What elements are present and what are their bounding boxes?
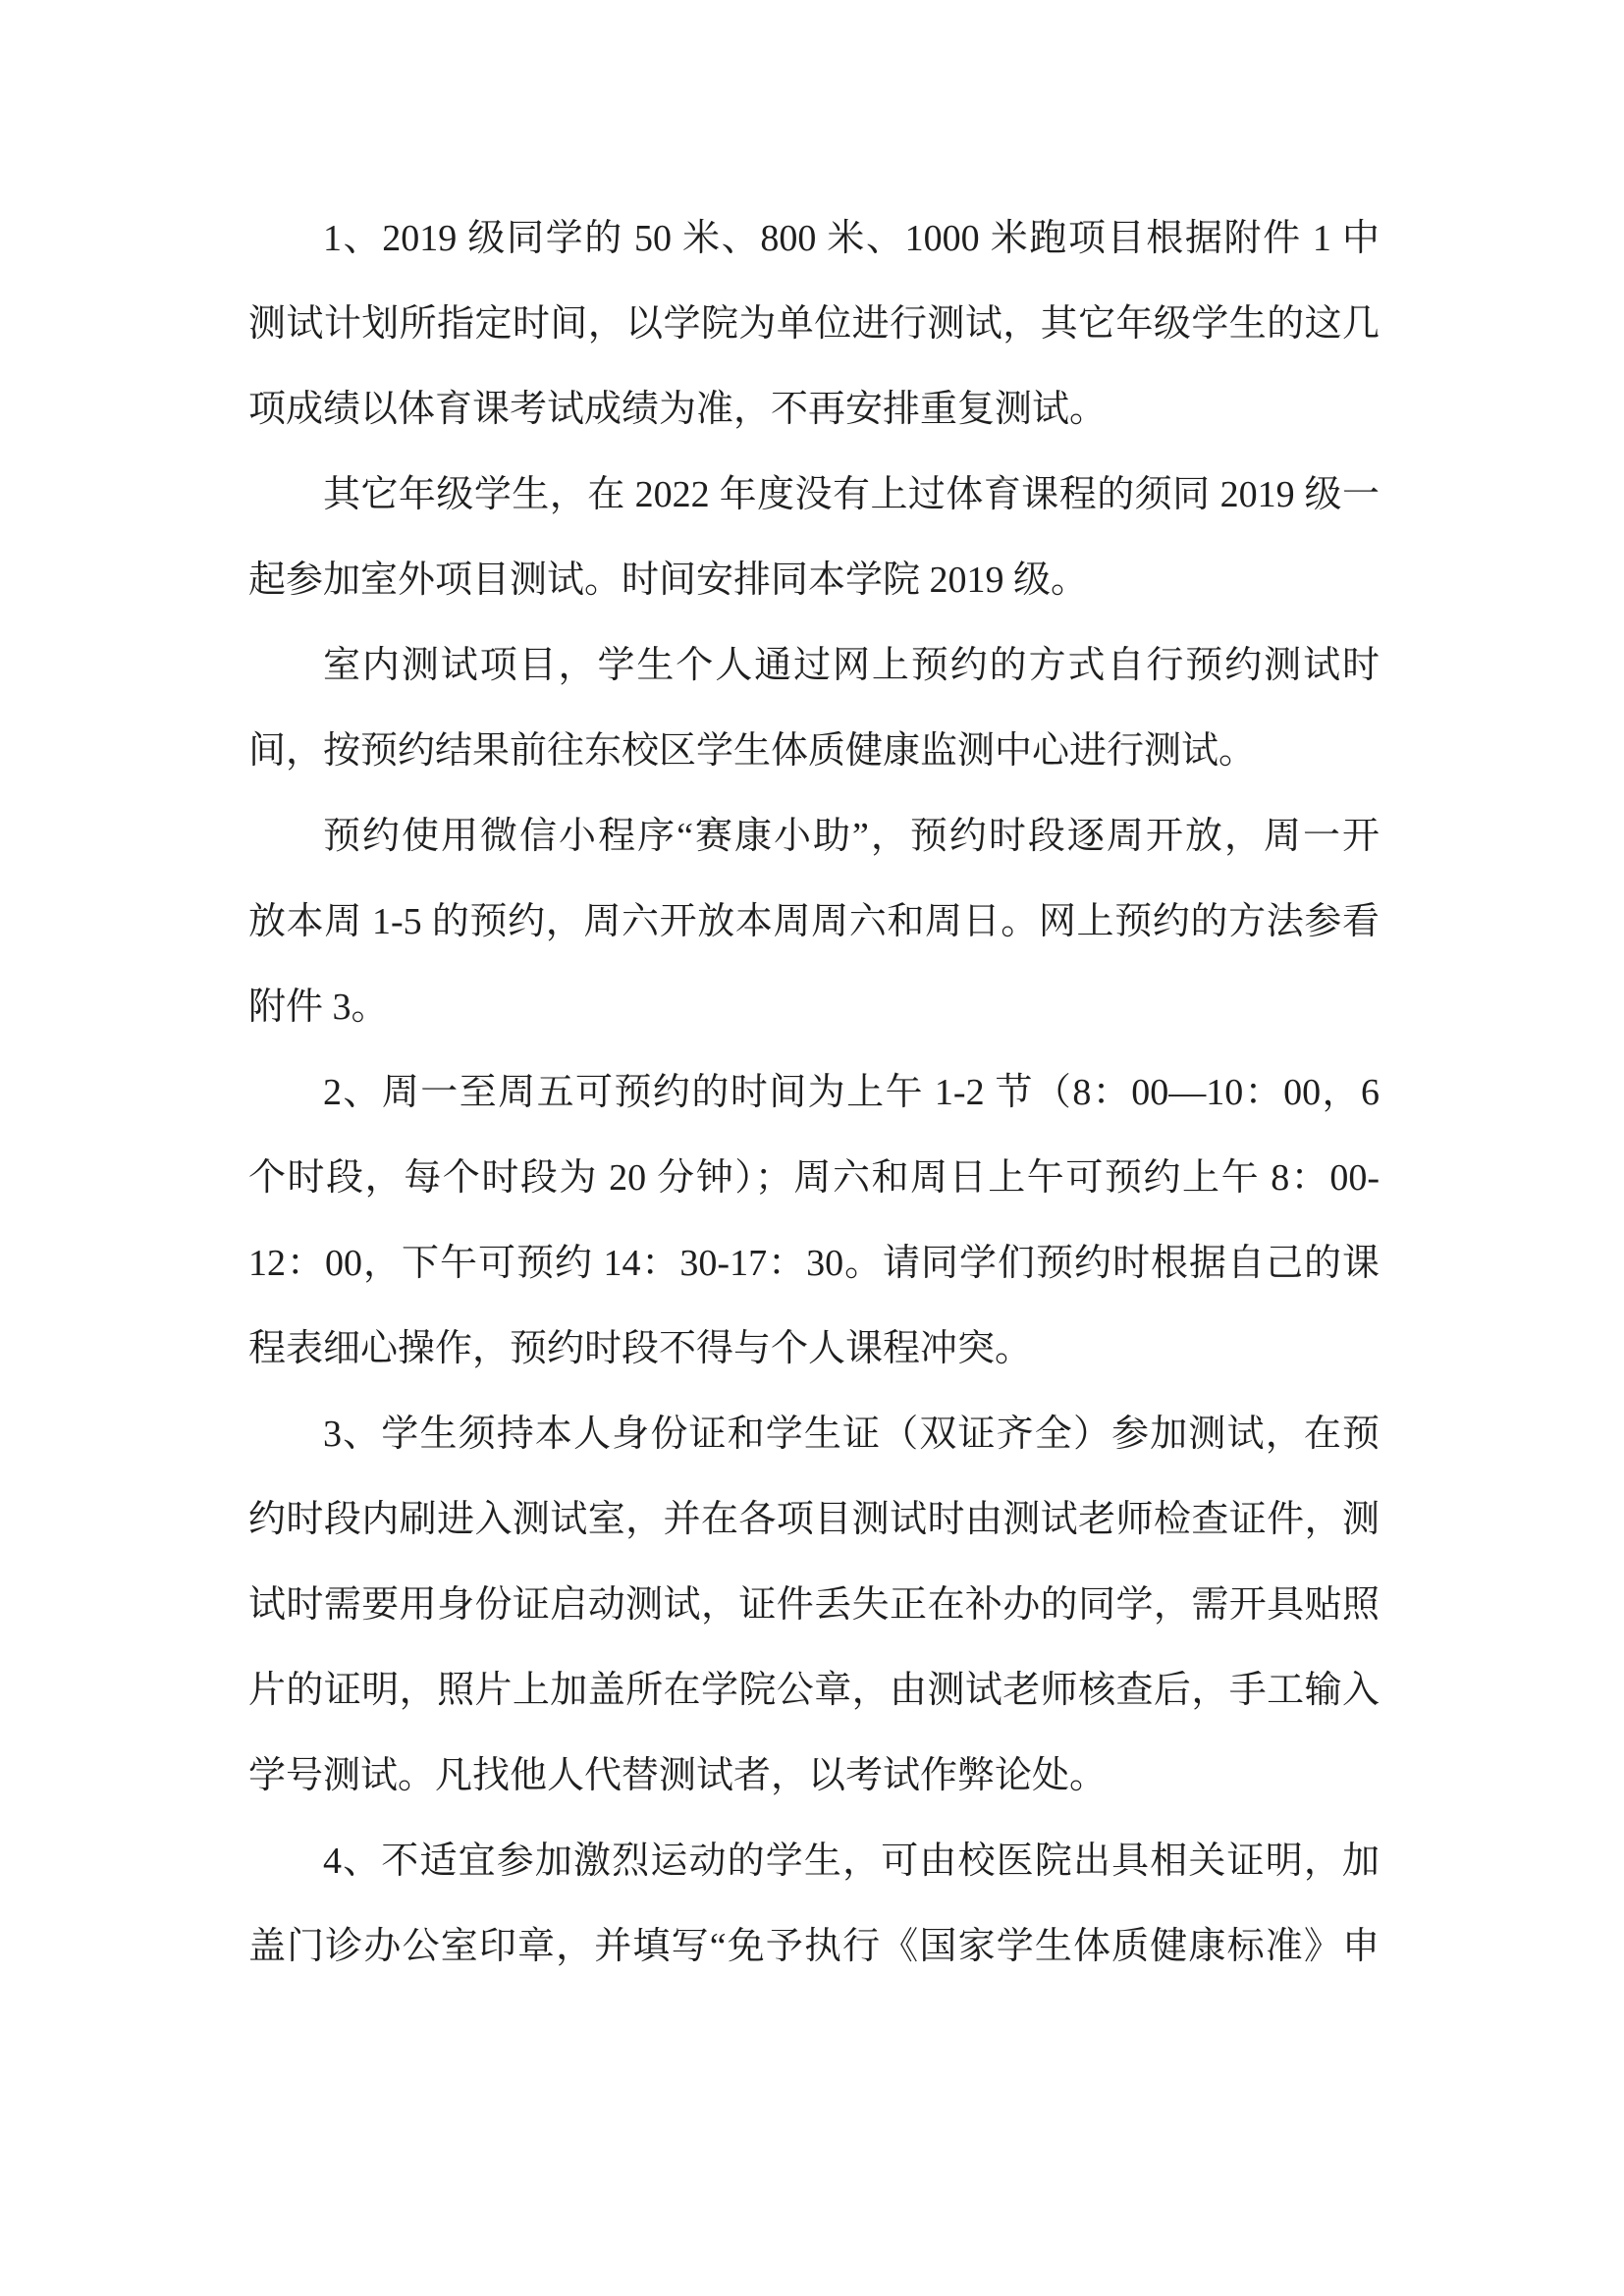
text-line: 项成绩以体育课考试成绩为准，不再安排重复测试。 xyxy=(248,367,1380,453)
text-line: 4、不适宜参加激烈运动的学生，可由校医院出具相关证明，加 xyxy=(248,1819,1380,1904)
text-line: 盖门诊办公室印章，并填写“免予执行《国家学生体质健康标准》申 xyxy=(248,1904,1380,1990)
text-line: 测试计划所指定时间，以学院为单位进行测试，其它年级学生的这几 xyxy=(248,282,1380,367)
text-line: 12：00，下午可预约 14：30-17：30。请同学们预约时根据自己的课 xyxy=(248,1221,1380,1307)
text-line: 室内测试项目，学生个人通过网上预约的方式自行预约测试时 xyxy=(248,623,1380,709)
document-page: 1、2019 级同学的 50 米、800 米、1000 米跑项目根据附件 1 中… xyxy=(0,0,1624,2296)
text-line: 程表细心操作，预约时段不得与个人课程冲突。 xyxy=(248,1307,1380,1392)
document-text-block: 1、2019 级同学的 50 米、800 米、1000 米跑项目根据附件 1 中… xyxy=(248,196,1380,1990)
text-line: 1、2019 级同学的 50 米、800 米、1000 米跑项目根据附件 1 中 xyxy=(248,196,1380,282)
text-line: 3、学生须持本人身份证和学生证（双证齐全）参加测试，在预 xyxy=(248,1392,1380,1477)
text-line: 片的证明，照片上加盖所在学院公章，由测试老师核查后，手工输入 xyxy=(248,1648,1380,1734)
text-line: 放本周 1-5 的预约，周六开放本周周六和周日。网上预约的方法参看 xyxy=(248,880,1380,965)
text-line: 间，按预约结果前往东校区学生体质健康监测中心进行测试。 xyxy=(248,709,1380,794)
text-line: 预约使用微信小程序“赛康小助”，预约时段逐周开放，周一开 xyxy=(248,794,1380,880)
text-line: 个时段，每个时段为 20 分钟）；周六和周日上午可预约上午 8：00- xyxy=(248,1136,1380,1221)
text-line: 试时需要用身份证启动测试，证件丢失正在补办的同学，需开具贴照 xyxy=(248,1563,1380,1648)
text-line: 附件 3。 xyxy=(248,965,1380,1050)
text-line: 约时段内刷进入测试室，并在各项目测试时由测试老师检查证件，测 xyxy=(248,1477,1380,1563)
text-line: 起参加室外项目测试。时间安排同本学院 2019 级。 xyxy=(248,538,1380,623)
text-line: 学号测试。凡找他人代替测试者，以考试作弊论处。 xyxy=(248,1734,1380,1819)
text-line: 其它年级学生，在 2022 年度没有上过体育课程的须同 2019 级一 xyxy=(248,453,1380,538)
text-line: 2、周一至周五可预约的时间为上午 1-2 节（8：00—10：00，6 xyxy=(248,1050,1380,1136)
